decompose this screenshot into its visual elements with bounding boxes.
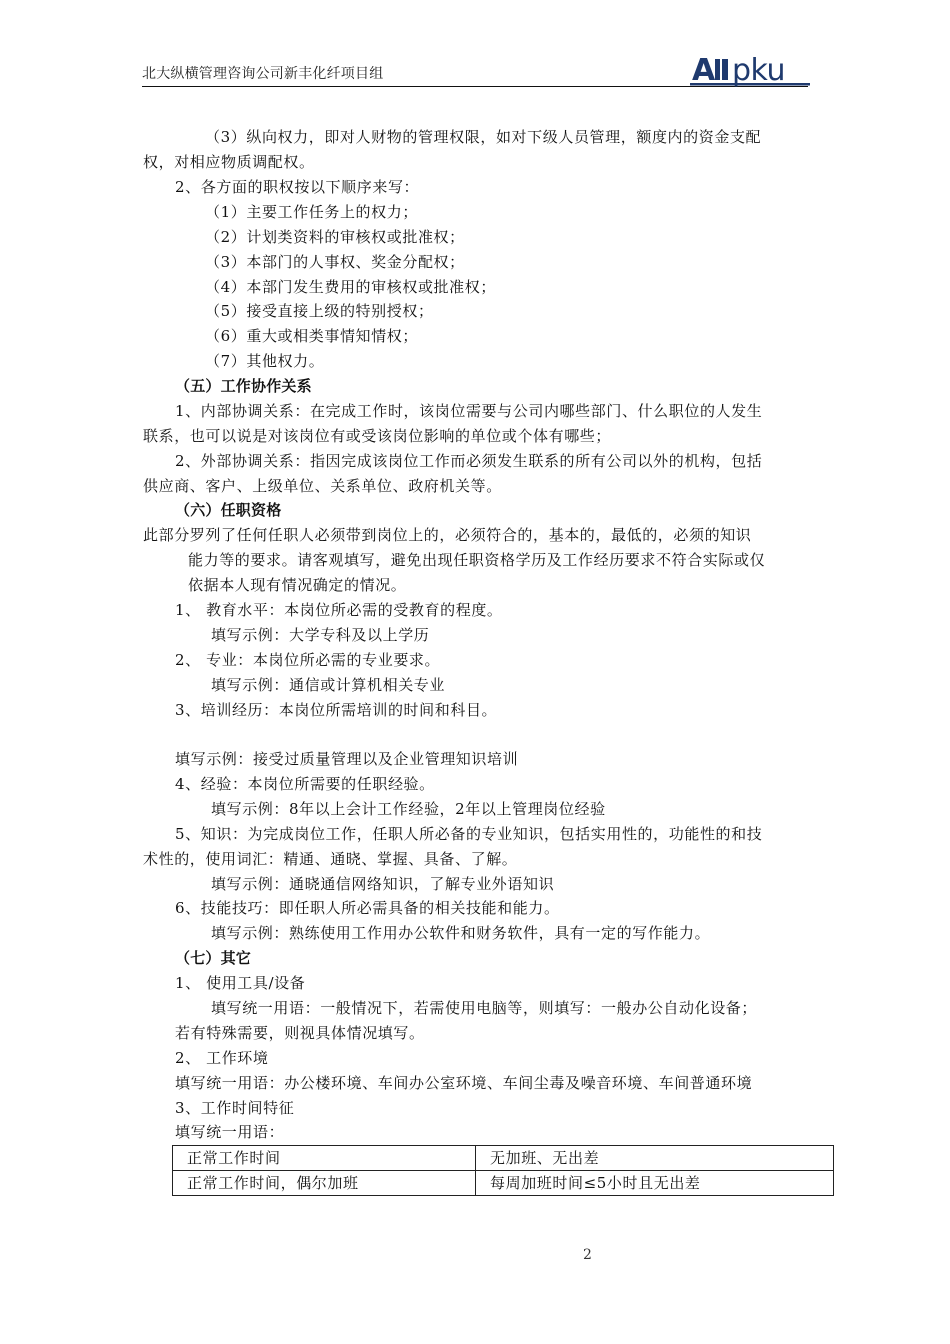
document-page: 北大纵横管理咨询公司新丰化纤项目组 A pku （3）纵向权力，即对人财物的管理… [0,0,950,1344]
section-heading-5: （五）工作协作关系 [175,377,312,395]
text-line: 供应商、客户、上级单位、关系单位、政府机关等。 [143,477,502,495]
text-line: 若有特殊需要，则视具体情况填写。 [175,1024,425,1042]
page-header: 北大纵横管理咨询公司新丰化纤项目组 A pku [142,48,808,87]
list-item: 1、 教育水平：本岗位所必需的受教育的程度。 [175,601,503,619]
work-time-table: 正常工作时间 无加班、无出差 正常工作时间，偶尔加班 每周加班时间≤5小时且无出… [172,1145,834,1196]
text-line: 术性的，使用词汇：精通、通晓、掌握、具备、了解。 [143,850,517,868]
table-cell: 正常工作时间，偶尔加班 [173,1171,476,1196]
list-item: （7）其他权力。 [205,352,324,370]
list-item: 4、经验：本岗位所需要的任职经验。 [175,775,435,793]
example-line: 填写示例：接受过质量管理以及企业管理知识培训 [175,750,518,768]
list-item: 6、技能技巧：即任职人所必需具备的相关技能和能力。 [175,899,560,917]
text-line: 此部分罗列了任何任职人必须带到岗位上的，必须符合的，基本的，最低的，必须的知识 [143,526,751,544]
list-item: 3、工作时间特征 [175,1099,294,1117]
text-line: 填写统一用语：办公楼环境、车间办公室环境、车间尘毒及噪音环境、车间普通环境 [175,1074,752,1092]
table-row: 正常工作时间，偶尔加班 每周加班时间≤5小时且无出差 [173,1171,834,1196]
list-item: （2）计划类资料的审核权或批准权； [205,228,465,246]
text-line: 联系，也可以说是对该岗位有或受该岗位影响的单位或个体有哪些； [143,427,611,445]
svg-text:pku: pku [732,53,785,87]
list-item: （6）重大或相类事情知情权； [205,327,418,345]
list-item: 3、培训经历：本岗位所需培训的时间和科目。 [175,701,497,719]
table-row: 正常工作时间 无加班、无出差 [173,1146,834,1171]
example-line: 填写示例：通晓通信网络知识，了解专业外语知识 [211,875,554,893]
table-cell: 无加班、无出差 [476,1146,834,1171]
list-item: 5、知识：为完成岗位工作，任职人所必备的专业知识，包括实用性的，功能性的和技 [175,825,762,843]
text-line: （3）纵向权力，即对人财物的管理权限，如对下级人员管理，额度内的资金支配 [205,128,761,146]
list-item: （1）主要工作任务上的权力； [205,203,418,221]
table-cell: 正常工作时间 [173,1146,476,1171]
table-cell: 每周加班时间≤5小时且无出差 [476,1171,834,1196]
text-line: 权，对相应物质调配权。 [143,153,315,171]
header-title: 北大纵横管理咨询公司新丰化纤项目组 [142,63,383,83]
example-line: 填写示例：8年以上会计工作经验，2年以上管理岗位经验 [211,800,606,818]
list-item: （5）接受直接上级的特别授权； [205,302,434,320]
text-line: 依据本人现有情况确定的情况。 [188,576,406,594]
page-number: 2 [583,1247,592,1263]
svg-text:A: A [692,53,716,87]
allpku-logo-icon: A pku [690,53,810,87]
text-line: 2、外部协调关系：指因完成该岗位工作而必须发生联系的所有公司以外的机构，包括 [175,452,762,470]
text-line: 填写统一用语：一般情况下，若需使用电脑等，则填写：一般办公自动化设备； [211,999,757,1017]
text-line: 1、内部协调关系：在完成工作时，该岗位需要与公司内哪些部门、什么职位的人发生 [175,402,762,420]
list-item: （3）本部门的人事权、奖金分配权； [205,253,465,271]
list-item: 1、 使用工具/设备 [175,974,305,992]
example-line: 填写示例：通信或计算机相关专业 [211,676,445,694]
text-line: 能力等的要求。请客观填写，避免出现任职资格学历及工作经历要求不符合实际或仅 [188,551,765,569]
section-heading-7: （七）其它 [175,949,251,967]
text-line: 填写统一用语： [175,1123,284,1141]
list-item: 2、 专业：本岗位所必需的专业要求。 [175,651,440,669]
example-line: 填写示例：熟练使用工作用办公软件和财务软件，具有一定的写作能力。 [211,924,710,942]
list-item: 2、 工作环境 [175,1049,269,1067]
section-heading-6: （六）任职资格 [175,501,281,519]
list-heading: 2、各方面的职权按以下顺序来写： [175,178,419,196]
list-item: （4）本部门发生费用的审核权或批准权； [205,278,496,296]
example-line: 填写示例：大学专科及以上学历 [211,626,429,644]
